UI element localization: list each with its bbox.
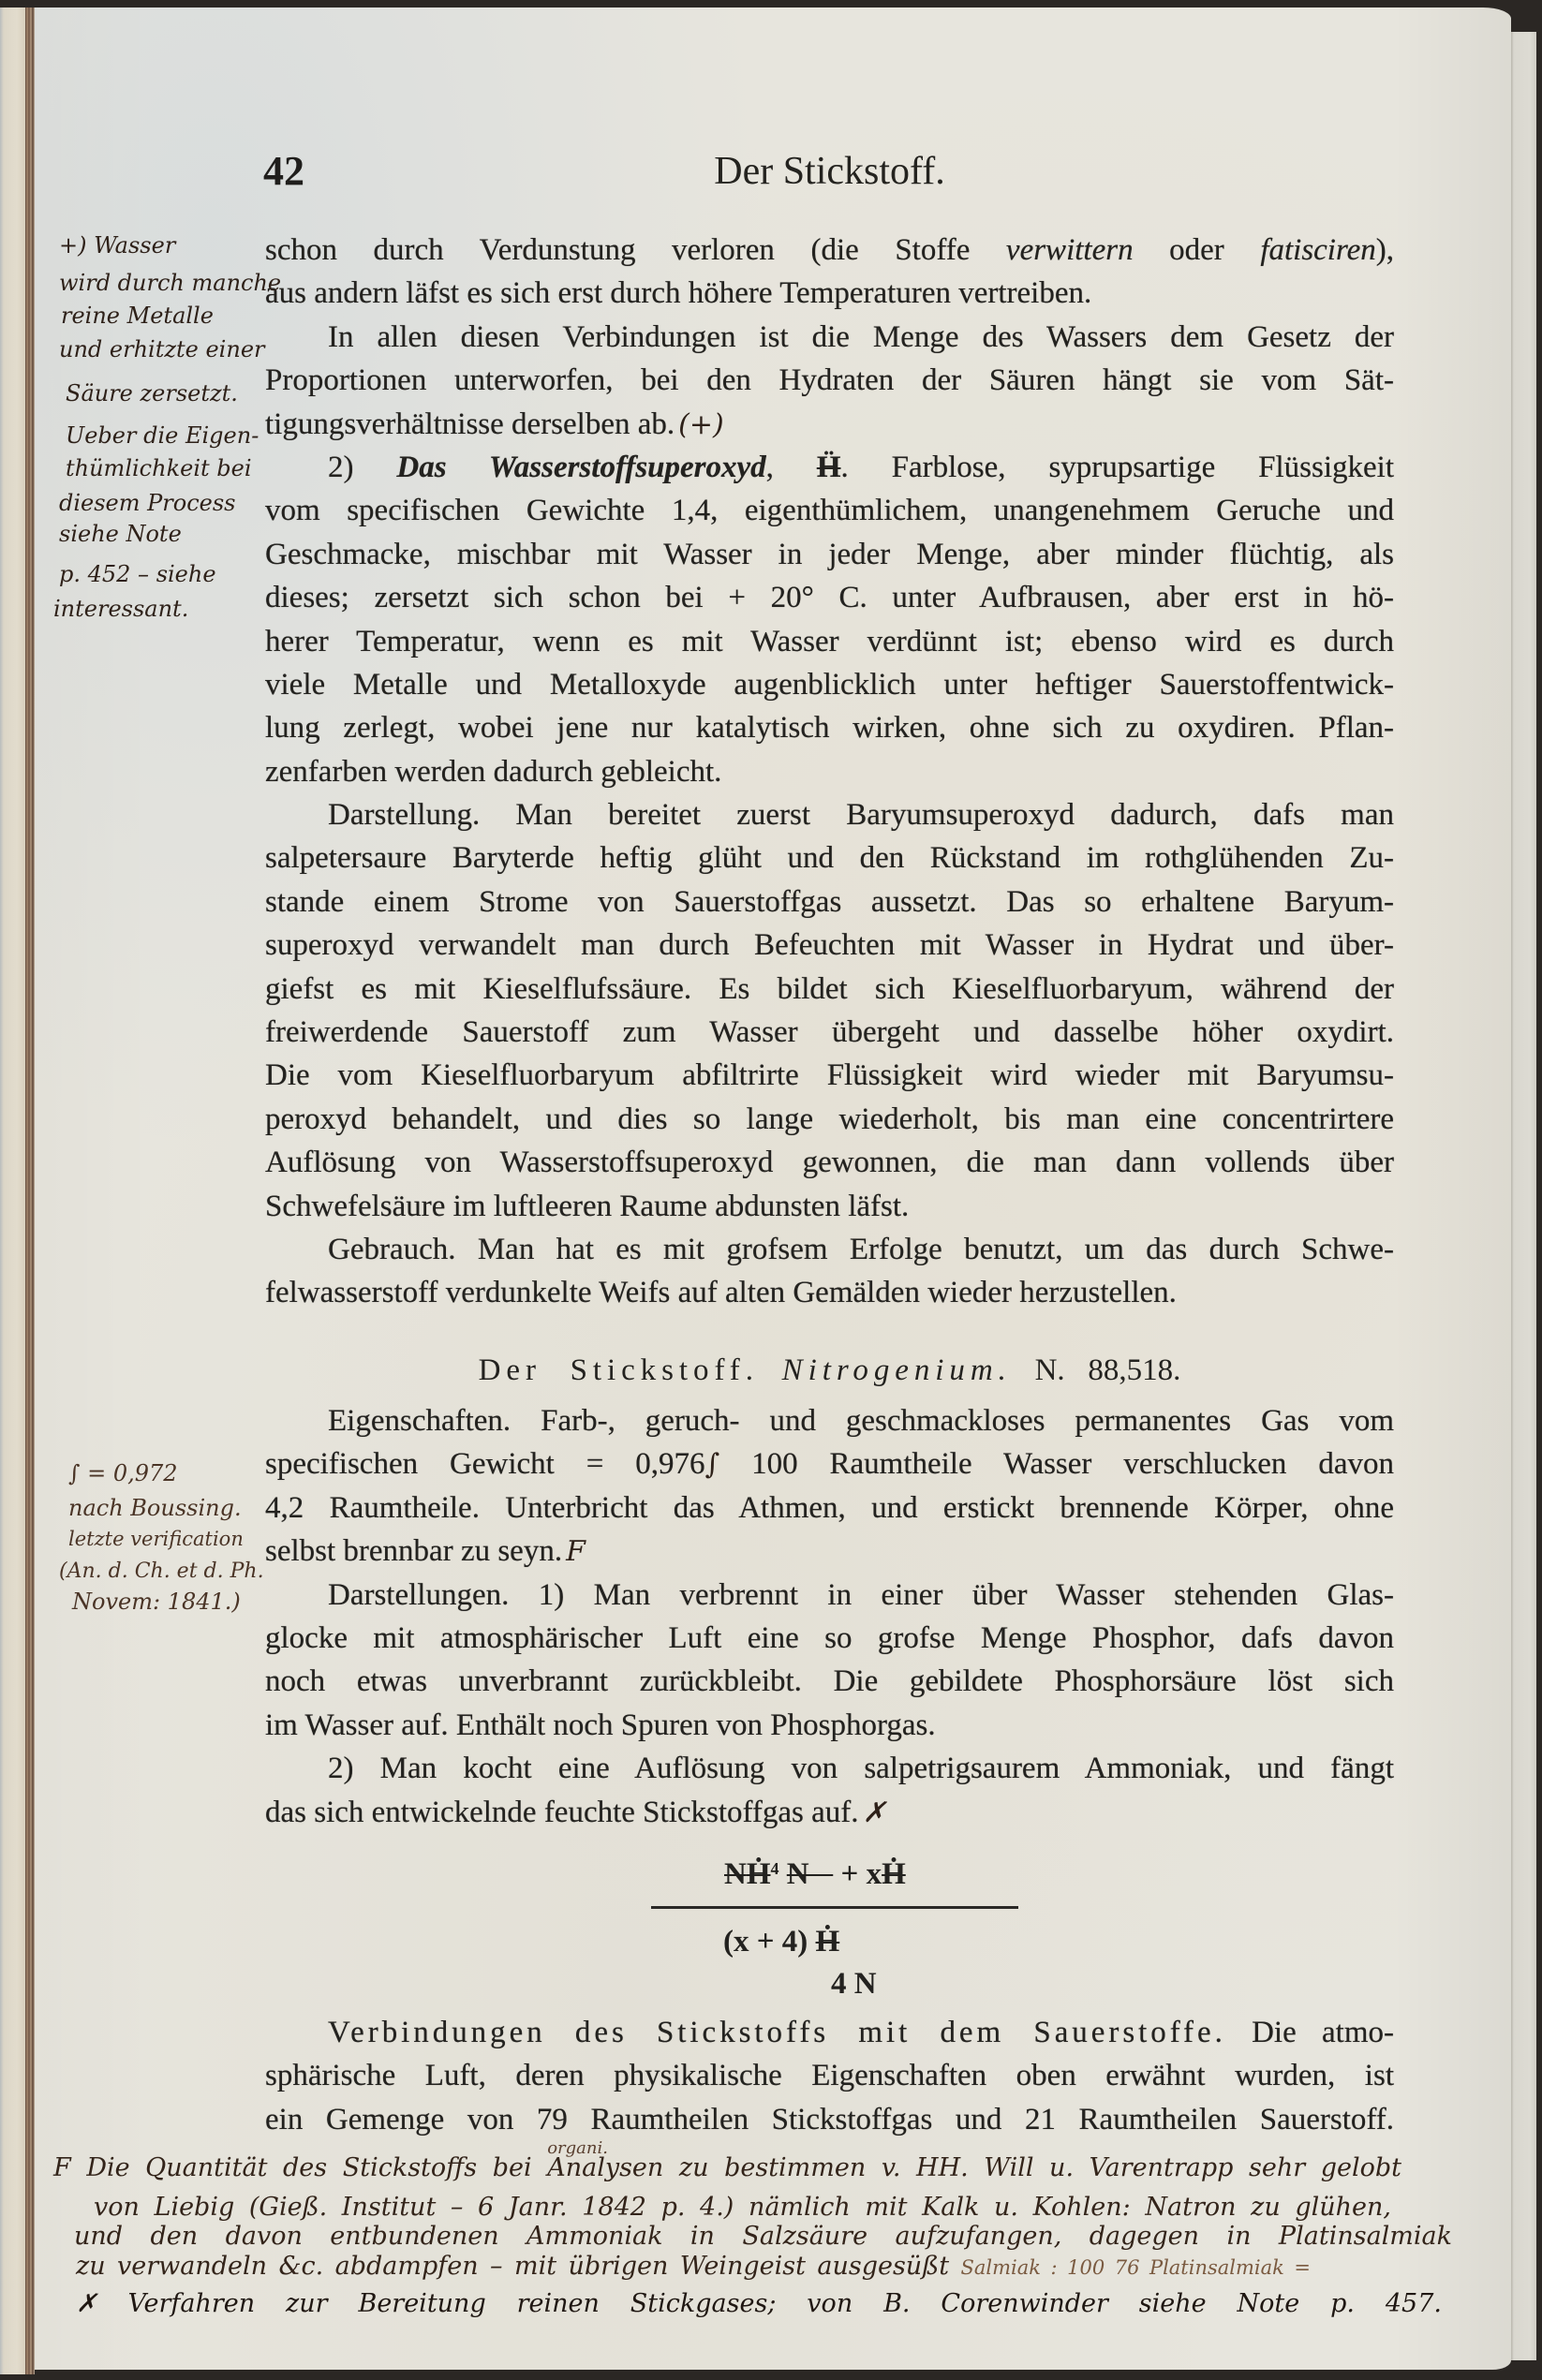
- handwritten-reference-mark: (+): [678, 408, 724, 441]
- text-run: 4,2 Raumtheile. Unterbricht das Athmen, …: [265, 1491, 1394, 1525]
- text-line: zenfarben werden dadurch gebleicht.: [265, 750, 1394, 793]
- text-line: specifischen Gewicht = 0,976∫ 100 Raumth…: [265, 1442, 1394, 1486]
- footnote-text: und den davon entbundenen Ammoniak in Sa…: [74, 2222, 1452, 2251]
- text-run: Darstellung. Man bereitet zuerst Baryums…: [328, 798, 1394, 832]
- text-run: freiwerdende Sauerstoff zum Wasser überg…: [265, 1015, 1394, 1049]
- text-run: das sich entwickelnde feuchte Stickstoff…: [265, 1796, 859, 1829]
- text-line: freiwerdende Sauerstoff zum Wasser überg…: [265, 1011, 1394, 1054]
- handwritten-footnote-mark: ✗: [863, 1796, 886, 1829]
- formula-operator: +: [841, 1857, 859, 1891]
- text-line: Darstellungen. 1) Man verbrennt in einer…: [265, 1574, 1394, 1617]
- footnote-line: von Liebig (Gieß. Institut – 6 Janr. 184…: [94, 2192, 1391, 2224]
- section-hydrogen-peroxide: schon durch Verdunstung verloren (die St…: [265, 229, 1394, 1315]
- text-run: Proportionen unterworfen, bei den Hydrat…: [265, 363, 1394, 397]
- emphasis: fatisciren: [1260, 233, 1375, 267]
- margin-note-line: wird durch manche: [59, 269, 281, 297]
- text-run: herer Temperatur, wenn es mit Wasser ver…: [265, 625, 1394, 658]
- text-line: aus andern läfst es sich erst durch höhe…: [265, 272, 1394, 315]
- text-run: zenfarben werden dadurch gebleicht.: [265, 755, 721, 789]
- text-line: glocke mit atmosphärischer Luft eine so …: [265, 1617, 1394, 1660]
- text-run: tigungsverhältnisse derselben ab.: [265, 407, 675, 441]
- text-run: ,: [766, 451, 817, 484]
- running-head: Der Stickstoff.: [265, 147, 1394, 196]
- text-line: viele Metalle und Metalloxyde augenblick…: [265, 663, 1394, 706]
- margin-note-line: siehe Note: [59, 520, 182, 548]
- book-binding: [25, 7, 35, 2374]
- text-line: giefst es mit Kieselflufssäure. Es bilde…: [265, 968, 1394, 1011]
- text-line: vom specifischen Gewichte 1,4, eigenthüm…: [265, 489, 1394, 532]
- margin-note-line: p. 452 – siehe: [59, 560, 216, 588]
- footnote-text: F Die Quantität des Stickstoffs bei: [53, 2153, 547, 2182]
- text-run: im Wasser auf. Enthält noch Spuren von P…: [265, 1708, 936, 1742]
- text-run: giefst es mit Kieselflufssäure. Es bilde…: [265, 972, 1394, 1006]
- footnote-line: zu verwandeln &c. abdampfen – mit übrige…: [76, 2251, 1311, 2284]
- text-line: Gebrauch. Man hat es mit grofsem Erfolge…: [265, 1228, 1394, 1271]
- section-nitrogen-properties: Eigenschaften. Farb-, geruch- und geschm…: [265, 1399, 1394, 1834]
- text-line: dieses; zersetzt sich schon bei + 20° C.…: [265, 576, 1394, 619]
- text-run: vom specifischen Gewichte 1,4, eigenthüm…: [265, 494, 1394, 527]
- formula-symbol: Ḣ: [816, 1925, 840, 1959]
- heading-atomic-weight: 88,518.: [1088, 1353, 1180, 1387]
- text-line: stande einem Strome von Sauerstoffgas au…: [265, 880, 1394, 924]
- text-run: In allen diesen Verbindungen ist die Men…: [328, 320, 1394, 354]
- text-run: felwasserstoff verdunkelte Weifs auf alt…: [265, 1276, 1177, 1309]
- text-run: Die atmo-: [1226, 2016, 1394, 2049]
- text-line: lung zerlegt, wobei jene nur katalytisch…: [265, 706, 1394, 749]
- text-line: tigungsverhältnisse derselben ab.(+): [265, 403, 1394, 446]
- text-line: das sich entwickelnde feuchte Stickstoff…: [265, 1791, 1394, 1834]
- text-line: ein Gemenge von 79 Raumtheilen Stickstof…: [265, 2098, 1394, 2141]
- footnote-text: ✗ Verfahren zur Bereitung reinen Stickga…: [76, 2289, 1442, 2318]
- text-line: In allen diesen Verbindungen ist die Men…: [265, 316, 1394, 359]
- formula-coefficient: x: [867, 1857, 882, 1891]
- text-line: Proportionen unterworfen, bei den Hydrat…: [265, 359, 1394, 402]
- text-run: Eigenschaften. Farb-, geruch- und geschm…: [328, 1404, 1394, 1438]
- text-line: peroxyd behandelt, und dies so lange wie…: [265, 1098, 1394, 1141]
- text-line: 2) Man kocht eine Auflösung von salpetri…: [265, 1747, 1394, 1790]
- footnote-text: Analysen zu bestimmen v. HH. Will u. Var…: [547, 2153, 1401, 2182]
- text-line: superoxyd verwandelt man durch Befeuchte…: [265, 924, 1394, 967]
- handwritten-footnote-mark: F: [566, 1535, 586, 1568]
- margin-note-line: nach Boussing.: [68, 1494, 242, 1522]
- text-line: salpetersaure Baryterde heftig glüht und…: [265, 836, 1394, 880]
- formula-denominator: (x + 4) Ḣ: [723, 1920, 839, 1963]
- margin-note-line: diesem Process: [59, 489, 236, 517]
- heading-title: Der Stickstoff.: [479, 1353, 759, 1387]
- chemical-symbol: Ḧ: [817, 451, 841, 484]
- text-run: Auflösung von Wasserstoffsuperoxyd gewon…: [265, 1146, 1394, 1179]
- margin-note-line: +) Wasser: [59, 231, 175, 259]
- text-line: Auflösung von Wasserstoffsuperoxyd gewon…: [265, 1141, 1394, 1184]
- margin-note-line: Säure zersetzt.: [66, 379, 238, 407]
- margin-note-line: thümlichkeit bei: [66, 454, 252, 482]
- text-run: ein Gemenge von 79 Raumtheilen Stickstof…: [265, 2103, 1394, 2136]
- formula-symbol: Ḣ: [747, 1857, 771, 1891]
- margin-note-line: Ueber die Eigen-: [66, 421, 259, 450]
- text-line: Darstellung. Man bereitet zuerst Baryums…: [265, 793, 1394, 836]
- text-run: Geschmacke, mischbar mit Wasser in jeder…: [265, 538, 1394, 571]
- text-run: aus andern läfst es sich erst durch höhe…: [265, 276, 1091, 310]
- section-nitrogen-oxygen-compounds: Verbindungen des Stickstoffs mit dem Sau…: [265, 2011, 1394, 2141]
- next-page-edge: [1511, 32, 1536, 2360]
- subsection-title: Das Wasserstoffsuperoxyd: [396, 451, 765, 484]
- handwritten-reference-mark: ∫: [705, 1448, 720, 1481]
- formula-symbol: N⃛: [787, 1857, 834, 1891]
- text-run: lung zerlegt, wobei jene nur katalytisch…: [265, 711, 1394, 745]
- text-line: Verbindungen des Stickstoffs mit dem Sau…: [265, 2011, 1394, 2054]
- text-run: 100 Raumtheile Wasser verschlucken davon: [719, 1447, 1394, 1481]
- margin-note-line: reine Metalle: [61, 302, 214, 330]
- text-run: viele Metalle und Metalloxyde augenblick…: [265, 668, 1394, 702]
- heading-latin-name: Nitrogenium.: [782, 1353, 1012, 1387]
- footnote-text-brown: Salmiak : 100 76 Platinsalmiak =: [961, 2256, 1311, 2279]
- footnote-text: von Liebig (Gieß. Institut – 6 Janr. 184…: [94, 2193, 1391, 2222]
- text-line: selbst brennbar zu seyn.F: [265, 1530, 1394, 1573]
- text-line: 2) Das Wasserstoffsuperoxyd, Ḧ. Farblose…: [265, 446, 1394, 489]
- text-line: im Wasser auf. Enthält noch Spuren von P…: [265, 1704, 1394, 1747]
- subsection-title: Verbindungen des Stickstoffs mit dem Sau…: [328, 2016, 1226, 2049]
- text-run: dieses; zersetzt sich schon bei + 20° C.…: [265, 581, 1394, 614]
- text-line: 4,2 Raumtheile. Unterbricht das Athmen, …: [265, 1486, 1394, 1530]
- margin-note-line: ∫ = 0,972: [68, 1459, 178, 1487]
- text-run: Gebrauch. Man hat es mit grofsem Erfolge…: [328, 1233, 1394, 1266]
- text-line: felwasserstoff verdunkelte Weifs auf alt…: [265, 1271, 1394, 1314]
- footnote-line: und den davon entbundenen Ammoniak in Sa…: [74, 2221, 1452, 2253]
- footnote-line: ✗ Verfahren zur Bereitung reinen Stickga…: [76, 2288, 1442, 2320]
- formula-index: 4: [771, 1859, 779, 1878]
- text-run: Darstellungen. 1) Man verbrennt in einer…: [328, 1578, 1394, 1612]
- margin-note-line: und erhitzte einer: [59, 335, 265, 363]
- text-run: peroxyd behandelt, und dies so lange wie…: [265, 1102, 1394, 1136]
- section-heading-nitrogen: Der Stickstoff. Nitrogenium. N. 88,518.: [265, 1349, 1394, 1392]
- text-line: Geschmacke, mischbar mit Wasser in jeder…: [265, 533, 1394, 576]
- formula-numerator: NḢ4 N⃛ + xḢ: [724, 1847, 906, 1896]
- footnote-text: zu verwandeln &c. abdampfen – mit übrige…: [76, 2252, 961, 2281]
- text-run: . Farblose, syprupsartige Flüssigkeit: [841, 451, 1395, 484]
- text-run: Die vom Kieselfluorbaryum abfiltrirte Fl…: [265, 1058, 1394, 1092]
- text-run: sphärische Luft, deren physikalische Eig…: [265, 2059, 1394, 2092]
- text-run: selbst brennbar zu seyn.: [265, 1534, 562, 1568]
- text-line: schon durch Verdunstung verloren (die St…: [265, 229, 1394, 272]
- text-run: specifischen Gewicht = 0,976: [265, 1447, 705, 1481]
- text-run: superoxyd verwandelt man durch Befeuchte…: [265, 928, 1394, 962]
- formula-symbol: Ḣ: [882, 1857, 906, 1891]
- text-run: ),: [1376, 233, 1394, 267]
- margin-note-line: Novem: 1841.): [72, 1588, 241, 1616]
- text-run: oder: [1134, 233, 1261, 267]
- emphasis: verwittern: [1006, 233, 1134, 267]
- text-run: 2) Man kocht eine Auflösung von salpetri…: [328, 1752, 1394, 1785]
- text-line: Die vom Kieselfluorbaryum abfiltrirte Fl…: [265, 1054, 1394, 1097]
- text-run: stande einem Strome von Sauerstoffgas au…: [265, 885, 1394, 919]
- formula-fraction-rule: [651, 1906, 1018, 1909]
- text-run: schon durch Verdunstung verloren (die St…: [265, 233, 1006, 267]
- heading-symbol: N.: [1035, 1353, 1065, 1387]
- footnote-line: F Die Quantität des Stickstoffs bei orga…: [53, 2152, 1401, 2187]
- margin-note-line: (An. d. Ch. et d. Ph.: [59, 1558, 264, 1586]
- text-line: herer Temperatur, wenn es mit Wasser ver…: [265, 620, 1394, 663]
- text-line: sphärische Luft, deren physikalische Eig…: [265, 2054, 1394, 2097]
- text-run: 2): [328, 451, 396, 484]
- formula-coefficient: (x + 4): [723, 1925, 808, 1959]
- text-run: salpetersaure Baryterde heftig glüht und…: [265, 841, 1394, 875]
- page-fold-edge: [0, 7, 25, 2374]
- formula-product: 4 N: [831, 1962, 877, 2005]
- text-line: Eigenschaften. Farb-, geruch- und geschm…: [265, 1399, 1394, 1442]
- text-line: Schwefelsäure im luftleeren Raume abduns…: [265, 1185, 1394, 1228]
- text-run: glocke mit atmosphärischer Luft eine so …: [265, 1621, 1394, 1655]
- margin-note-line: interessant.: [53, 595, 188, 623]
- margin-note-line: letzte verification: [68, 1525, 244, 1553]
- text-line: noch etwas unverbrannt zurückbleibt. Die…: [265, 1660, 1394, 1703]
- formula-symbol: N: [724, 1857, 747, 1891]
- text-run: noch etwas unverbrannt zurückbleibt. Die…: [265, 1664, 1394, 1698]
- text-run: Schwefelsäure im luftleeren Raume abduns…: [265, 1190, 909, 1223]
